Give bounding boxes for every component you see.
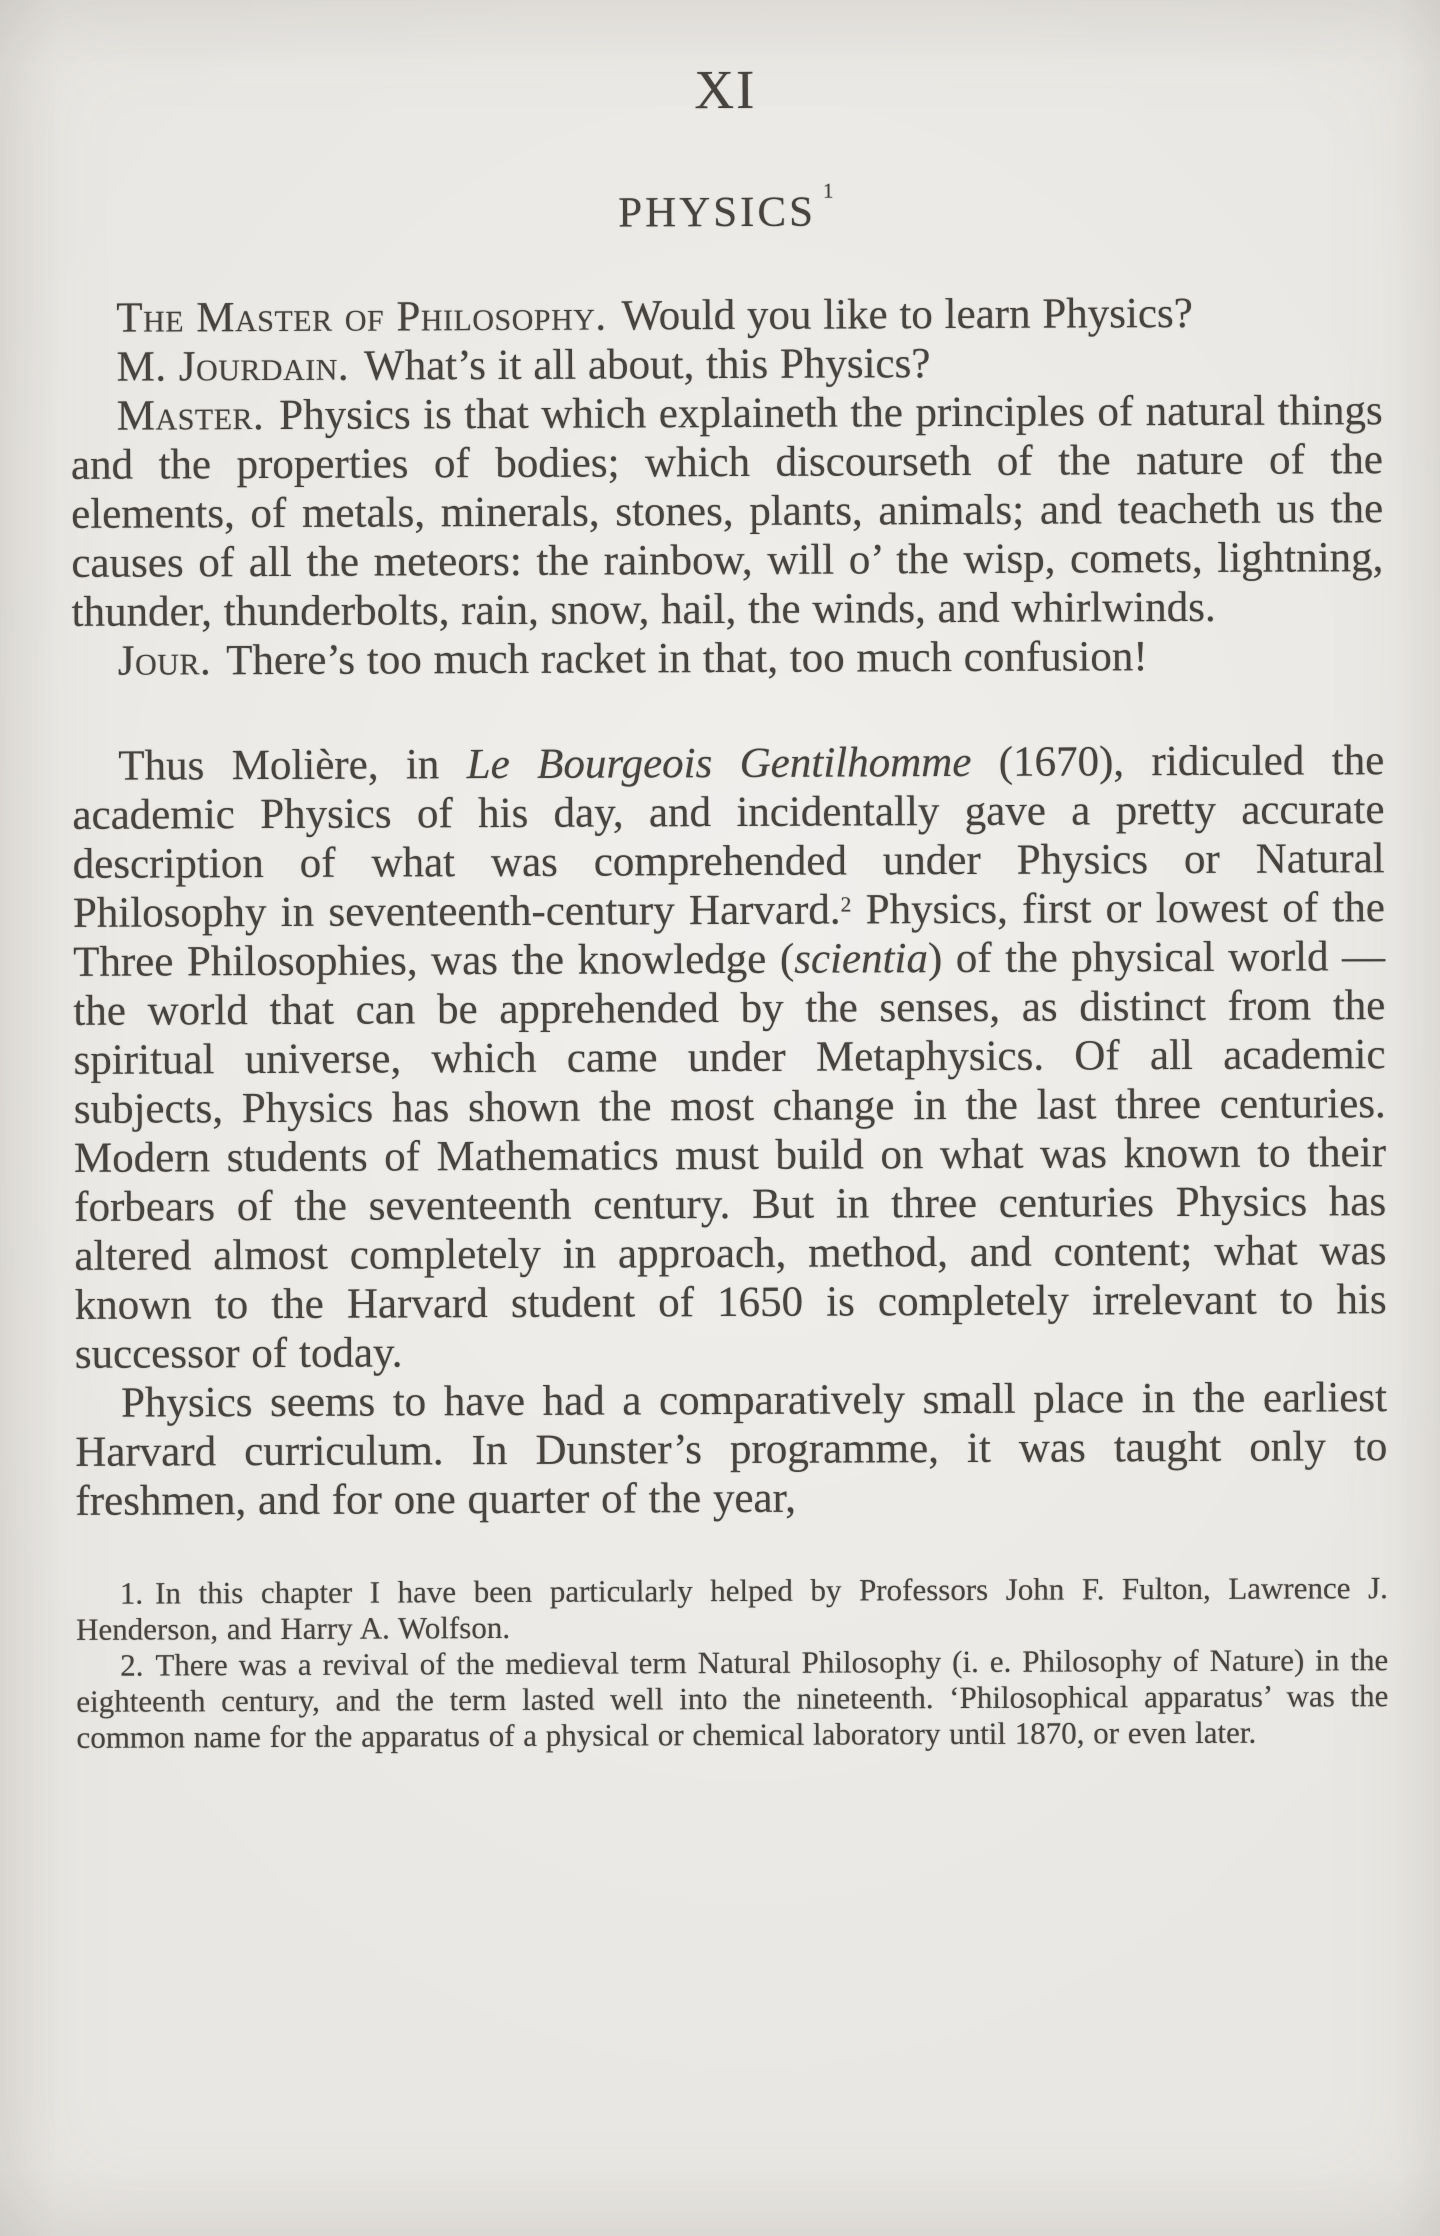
section-break (72, 680, 1384, 742)
speaker-name: Jour. (118, 637, 212, 684)
footnote-1: 1.In this chapter I have been particular… (76, 1570, 1388, 1648)
footnote-text: In this chapter I have been particularly… (76, 1570, 1388, 1647)
speaker-line: There’s too much racket in that, too muc… (226, 633, 1148, 684)
title-footnote-ref: 1 (823, 178, 834, 202)
chapter-number: XI (69, 0, 1381, 120)
speaker-name: The Master of Philosophy. (116, 293, 606, 342)
footnote-text: There was a revival of the medieval term… (76, 1642, 1388, 1755)
footnote-number: 2. (120, 1648, 143, 1683)
chapter-title: PHYSICS1 (70, 188, 1382, 237)
body-paragraph-1: Thus Molière, in Le Bourgeois Gentilhomm… (72, 736, 1387, 1379)
book-page: XI PHYSICS1 The Master of Philosophy.Wou… (0, 0, 1440, 2236)
footnote-number: 1. (120, 1576, 143, 1611)
speaker-name: Master. (117, 392, 265, 440)
dialogue-paragraph: Master.Physics is that which explaineth … (71, 386, 1384, 637)
speaker-line: What’s it all about, this Physics? (364, 340, 931, 389)
dialogue-paragraph: The Master of Philosophy.Would you like … (70, 288, 1382, 343)
dialogue-paragraph: Jour.There’s too much racket in that, to… (72, 631, 1384, 686)
speaker-line: Physics is that which explaineth the pri… (71, 387, 1384, 636)
body-paragraph-2: Physics seems to have had a comparativel… (75, 1373, 1388, 1526)
chapter-title-text: PHYSICS (618, 189, 816, 237)
dialogue-section: The Master of Philosophy.Would you like … (70, 288, 1384, 686)
dialogue-paragraph: M. Jourdain.What’s it all about, this Ph… (70, 337, 1382, 392)
footnote-2: 2.There was a revival of the medieval te… (76, 1642, 1388, 1756)
page-text-block: XI PHYSICS1 The Master of Philosophy.Wou… (69, 0, 1389, 1756)
speaker-name: M. Jourdain. (116, 343, 349, 391)
footnotes-section: 1.In this chapter I have been particular… (76, 1570, 1389, 1756)
speaker-line: Would you like to learn Physics? (621, 290, 1192, 339)
